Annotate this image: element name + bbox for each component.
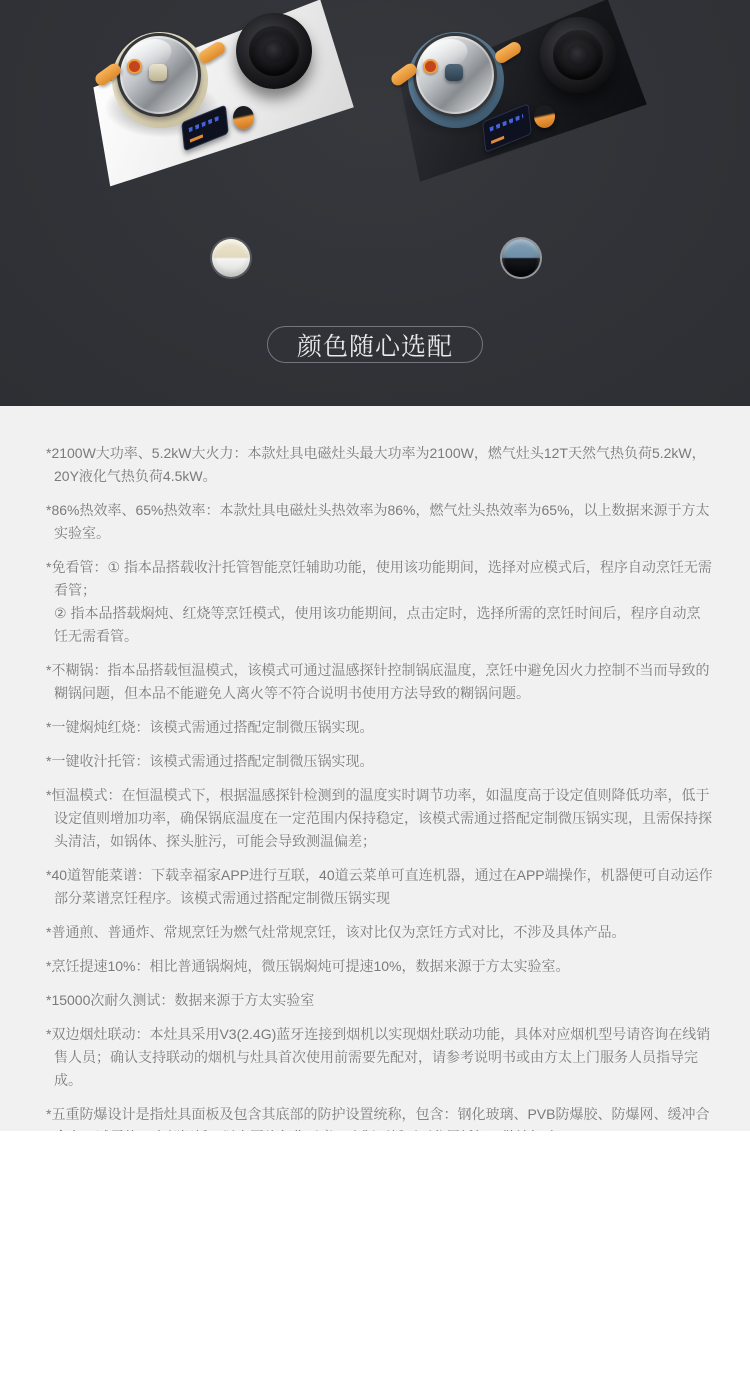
control-knob <box>534 105 555 128</box>
disclaimer-paragraph: *2100W大功率、5.2kW大火力：本款灶具电磁灶头最大功率为2100W，燃气… <box>46 442 714 488</box>
product-detail-page: 颜色随心选配 *2100W大功率、5.2kW大火力：本款灶具电磁灶头最大功率为2… <box>0 0 750 1400</box>
bottom-spacer <box>0 1131 750 1400</box>
disclaimer-section: *2100W大功率、5.2kW大火力：本款灶具电磁灶头最大功率为2100W，燃气… <box>0 406 750 1131</box>
lid-knob <box>445 64 463 81</box>
disclaimer-paragraph: *普通煎、普通炸、常规烹饪为燃气灶常规烹饪，该对比仅为烹饪方式对比，不涉及具体产… <box>46 921 714 944</box>
color-swatch-black[interactable] <box>502 239 540 277</box>
disclaimer-paragraph: *86%热效率、65%热效率：本款灶具电磁灶头热效率为86%，燃气灶头热效率为6… <box>46 499 714 545</box>
gas-burner <box>540 17 616 93</box>
disclaimer-paragraph: *15000次耐久测试：数据来源于方太实验室 <box>46 989 714 1012</box>
brand-badge <box>423 59 438 74</box>
disclaimer-paragraph: *免看管：① 指本品搭载收汁托管智能烹饪辅助功能，使用该功能期间，选择对应模式后… <box>46 556 714 648</box>
disclaimer-paragraph: *不糊锅：指本品搭载恒温模式，该模式可通过温感探针控制锅底温度，烹饪中避免因火力… <box>46 659 714 705</box>
disclaimer-paragraph: *烹饪提速10%：相比普通锅焖炖，微压锅焖炖可提速10%，数据来源于方太实验室。 <box>46 955 714 978</box>
color-select-label: 颜色随心选配 <box>267 326 483 363</box>
disclaimer-list: *2100W大功率、5.2kW大火力：本款灶具电磁灶头最大功率为2100W，燃气… <box>46 442 714 1149</box>
disclaimer-paragraph: *一键焖炖红烧：该模式需通过搭配定制微压锅实现。 <box>46 716 714 739</box>
disclaimer-paragraph: *一键收汁托管：该模式需通过搭配定制微压锅实现。 <box>46 750 714 773</box>
disclaimer-paragraph: *双边烟灶联动：本灶具采用V3(2.4G)蓝牙连接到烟机以实现烟灶联动功能，具体… <box>46 1023 714 1092</box>
disclaimer-paragraph: *恒温模式：在恒温模式下，根据温感探针检测到的温度实时调节功率，如温度高于设定值… <box>46 784 714 853</box>
pressure-pot-blue <box>408 32 504 128</box>
product-image-black-stove <box>0 0 750 230</box>
color-swatch-white[interactable] <box>212 239 250 277</box>
disclaimer-paragraph: *40道智能菜谱：下载幸福家APP进行互联，40道云菜单可直连机器，通过在APP… <box>46 864 714 910</box>
color-options-banner: 颜色随心选配 <box>0 0 750 406</box>
